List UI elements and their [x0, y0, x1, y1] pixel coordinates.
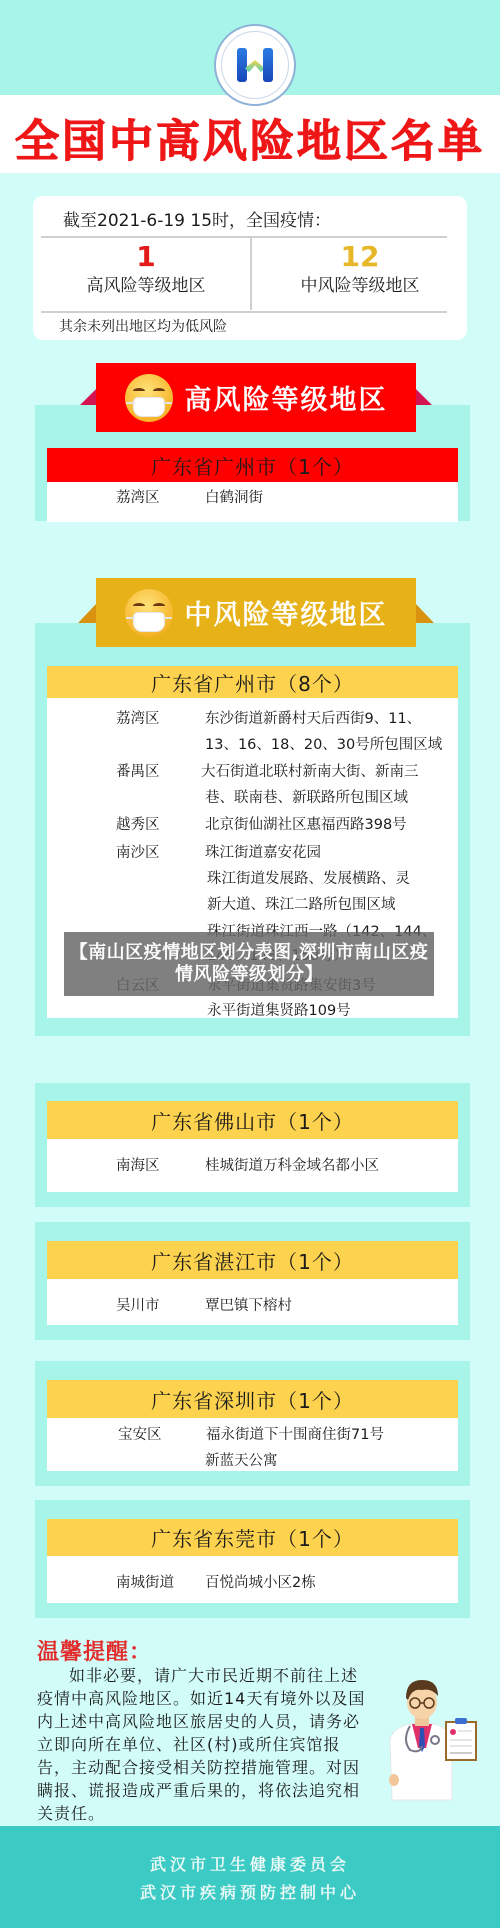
masked-face-icon [125, 374, 173, 422]
high-risk-label: 高风险等级地区 [41, 274, 251, 298]
medium-risk-label: 中风险等级地区 [255, 274, 465, 298]
area-line: 新蓝天公寓 [205, 1450, 278, 1472]
low-risk-note: 其余未列出地区均为低风险 [59, 316, 227, 336]
area-line: 永平街道集贤路109号 [207, 1000, 351, 1022]
area-line: 覃巴镇下榕村 [205, 1295, 292, 1317]
masked-face-icon [125, 589, 173, 637]
caption-overlay: 【南山区疫情地区划分表图,深圳市南山区疫情风险等级划分】 [64, 932, 434, 996]
area-line: 白鹤洞街 [205, 487, 263, 509]
area-line: 北京街仙湖社区惠福西路398号 [205, 814, 407, 836]
area-line: 珠江街道嘉安花园 [205, 842, 321, 864]
reminder-body: 如非必要，请广大市民近期不前往上述疫情中高风险地区。如近14天有境外以及国内上述… [37, 1664, 372, 1825]
as-of-text: 截至2021-6-19 15时，全国疫情： [63, 206, 331, 231]
medium-risk-count: 12 [255, 240, 465, 274]
medium-risk-banner: 中风险等级地区 [96, 578, 416, 647]
area-line: 珠江街道发展路、发展横路、灵 [207, 868, 410, 890]
card-header-zhanjiang: 广东省湛江市（1个） [47, 1241, 458, 1279]
card-header-foshan: 广东省佛山市（1个） [47, 1101, 458, 1139]
area-line: 东沙街道新爵村天后西街9、11、 [205, 708, 421, 730]
doctor-icon [380, 1670, 480, 1810]
card-header-guangzhou-high: 广东省广州市（1个） [47, 448, 458, 482]
page-title: 全国中高风险地区名单 [0, 105, 500, 169]
summary-card: 截至2021-6-19 15时，全国疫情： 1 高风险等级地区 12 中风险等级… [33, 196, 467, 340]
area-line: 大石街道北联村新南大街、新南三 [201, 761, 419, 783]
footer-org-2: 武汉市疾病预防控制中心 [0, 1880, 500, 1903]
medium-risk-banner-label: 中风险等级地区 [185, 593, 388, 632]
high-risk-stat: 1 高风险等级地区 [41, 240, 251, 298]
district-name: 荔湾区 [116, 487, 160, 509]
logo-ring [221, 31, 289, 99]
district-name: 番禺区 [116, 761, 160, 783]
high-risk-banner: 高风险等级地区 [96, 363, 416, 432]
footer: 武汉市卫生健康委员会 武汉市疾病预防控制中心 [0, 1826, 500, 1928]
divider [41, 236, 447, 238]
high-risk-banner-label: 高风险等级地区 [185, 378, 388, 417]
divider [41, 311, 447, 313]
district-name: 南城街道 [116, 1572, 174, 1594]
district-name: 宝安区 [118, 1424, 162, 1446]
area-line: 百悦尚城小区2栋 [205, 1572, 316, 1594]
area-line: 巷、联南巷、新联路所包围区域 [205, 787, 408, 809]
high-risk-count: 1 [41, 240, 251, 274]
doctor-illustration [380, 1670, 480, 1810]
card-header-shenzhen: 广东省深圳市（1个） [47, 1380, 458, 1418]
district-name: 南海区 [116, 1155, 160, 1177]
district-name: 南沙区 [116, 842, 160, 864]
district-name: 荔湾区 [116, 708, 160, 730]
area-line: 福永街道下十围商住街71号 [206, 1424, 384, 1446]
logo-h-icon [237, 48, 273, 82]
cdc-logo [214, 24, 296, 106]
area-line: 新大道、珠江二路所包围区域 [207, 894, 396, 916]
footer-org-1: 武汉市卫生健康委员会 [0, 1852, 500, 1875]
area-line: 13、16、18、20、30号所包围区域 [205, 734, 442, 756]
card-header-guangzhou-medium: 广东省广州市（8个） [47, 666, 458, 698]
reminder-title: 温馨提醒： [37, 1635, 152, 1666]
card-header-dongguan: 广东省东莞市（1个） [47, 1519, 458, 1556]
district-name: 越秀区 [116, 814, 160, 836]
district-name: 吴川市 [116, 1295, 160, 1317]
area-line: 桂城街道万科金域名都小区 [205, 1155, 379, 1177]
medium-risk-stat: 12 中风险等级地区 [255, 240, 465, 298]
